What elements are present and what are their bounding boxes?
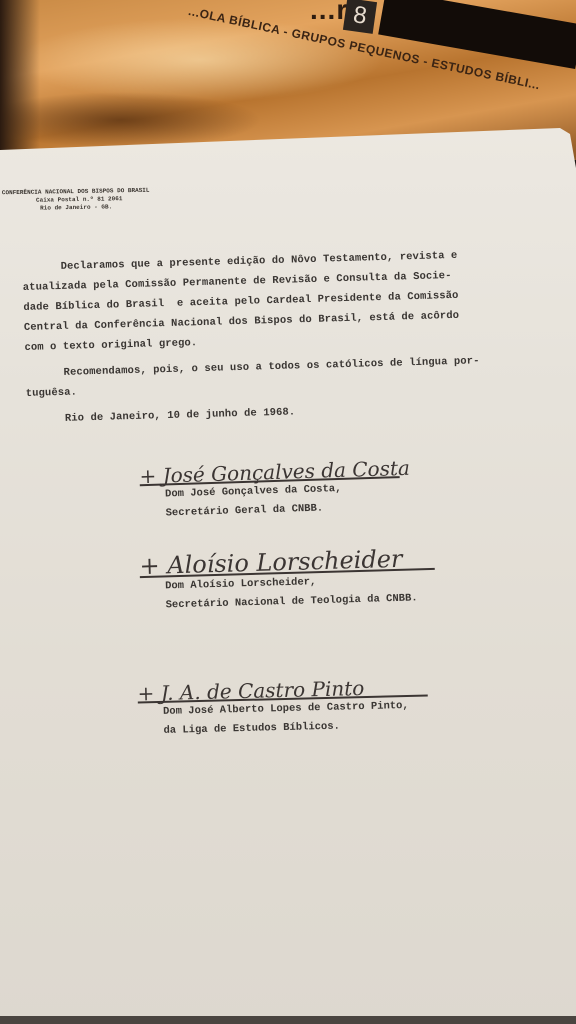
signature-block: + J. A. de Castro Pinto Dom José Alberto… (137, 674, 428, 741)
book-shadow (0, 0, 40, 160)
signature-block: + José Gonçalves da Costa Dom José Gonça… (139, 456, 411, 524)
letterhead: CONFERÊNCIA NACIONAL DOS BISPOS DO BRASI… (2, 187, 150, 214)
signature-block: + Aloísio Lorscheider Dom Aloísio Lorsch… (139, 544, 436, 616)
table-surface-edge (0, 1016, 576, 1024)
document-body: Declaramos que a presente edição do Nôvo… (22, 242, 576, 430)
book-volume-badge: 8 (343, 0, 377, 34)
